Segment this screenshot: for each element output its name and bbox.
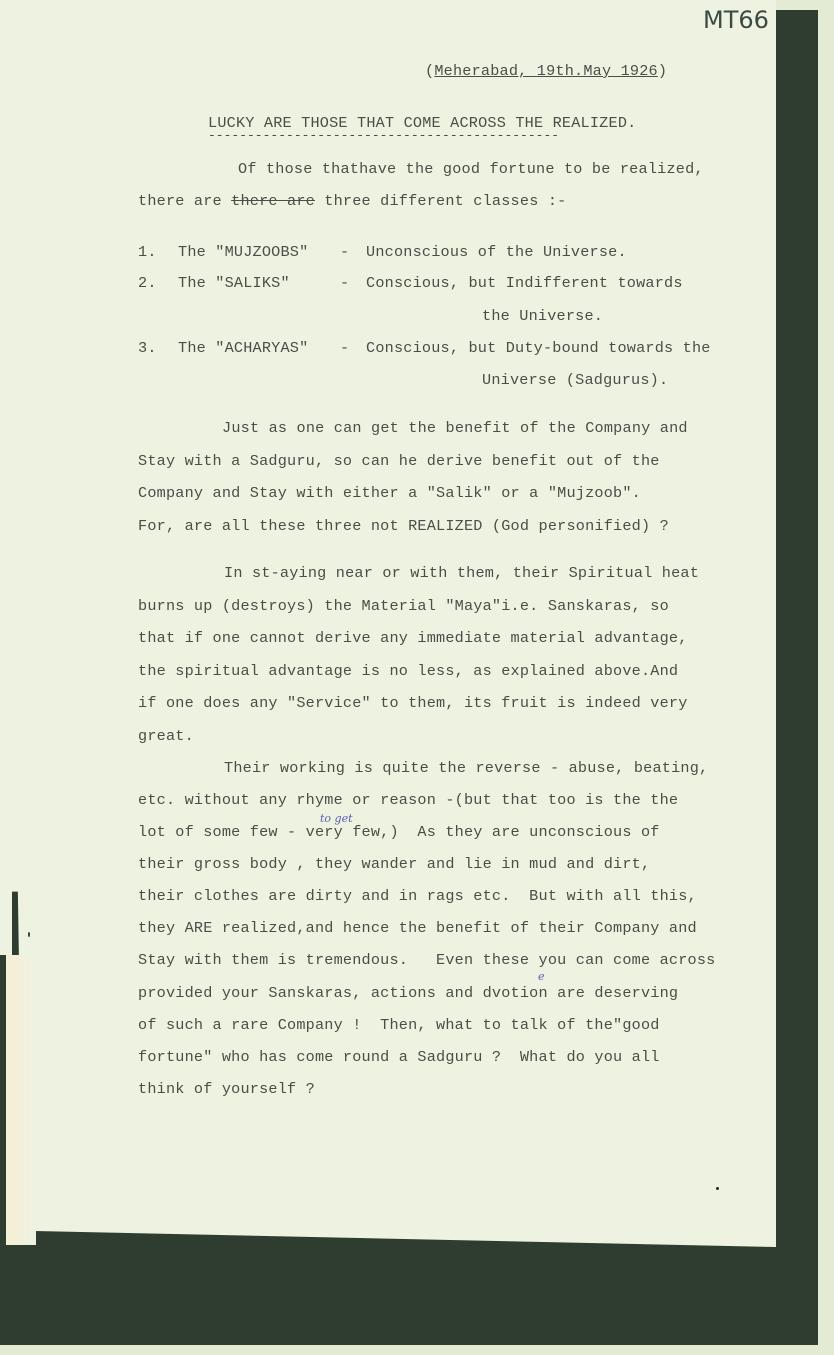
dateline-open-paren: ( [425,62,434,80]
intro-text-end: three different classes :- [315,192,566,210]
class-sep-2: - [340,274,349,292]
class-name-1: The "MUJZOOBS" [178,243,308,261]
intro-line-1: Of those thathave the good fortune to be… [238,160,704,178]
class-name-2: The "SALIKS" [178,274,290,292]
ink-speck [716,1187,719,1190]
class-num-3: 3. [138,339,157,357]
dateline: (Meherabad, 19th.May 1926) [425,62,667,80]
p2-line-5: if one does any "Service" to them, its f… [138,694,688,712]
dateline-place-date: Meherabad, 19th.May 1926 [434,62,658,80]
archive-mark: MT66 [703,6,769,34]
class-name-3: The "ACHARYAS" [178,339,308,357]
class-sep-1: - [340,243,349,261]
title-rule: ----------------------------------------… [208,128,559,143]
handwritten-e-insert: e [538,970,545,983]
p1-line-1: Just as one can get the benefit of the C… [222,419,688,437]
ink-speck-left [28,932,30,937]
p3-line-3: lot of some few - very few,) As they are… [138,823,660,841]
struck-text: there are [231,192,315,210]
p3-line-4: their gross body , they wander and lie i… [138,855,650,873]
p3-line-8: provided your Sanskaras, actions and dvo… [138,984,678,1002]
p2-line-4: the spiritual advantage is no less, as e… [138,662,678,680]
class-desc-3: Conscious, but Duty-bound towards the [366,339,711,357]
p2-line-2: burns up (destroys) the Material "Maya"i… [138,597,669,615]
p3-line-5: their clothes are dirty and in rags etc.… [138,887,697,905]
p2-line-1: In st-aying near or with them, their Spi… [224,564,699,582]
p3-line-6: they ARE realized,and hence the benefit … [138,919,697,937]
class-desc-1: Unconscious of the Universe. [366,243,627,261]
class-desc-3-cont: Universe (Sadgurus). [482,371,668,389]
p3-line-9: of such a rare Company ! Then, what to t… [138,1016,660,1034]
p1-line-2: Stay with a Sadguru, so can he derive be… [138,452,660,470]
page-left-edge [0,0,12,955]
p1-line-3: Company and Stay with either a "Salik" o… [138,484,641,502]
class-desc-2: Conscious, but Indifferent towards [366,274,683,292]
dateline-close-paren: ) [658,62,667,80]
p1-line-4: For, are all these three not REALIZED (G… [138,517,669,535]
p3-line-1: Their working is quite the reverse - abu… [224,759,708,777]
class-desc-2-cont: the Universe. [482,307,603,325]
p3-line-2: etc. without any rhyme or reason -(but t… [138,791,678,809]
p3-line-10: fortune" who has come round a Sadguru ? … [138,1048,660,1066]
class-sep-3: - [340,339,349,357]
p2-line-3: that if one cannot derive any immediate … [138,629,688,647]
intro-line-2: there are there are three different clas… [138,192,566,210]
p3-line-7: Stay with them is tremendous. Even these… [138,951,715,969]
class-num-2: 2. [138,274,157,292]
class-num-1: 1. [138,243,157,261]
page-fold-shadow [6,955,36,1245]
p2-line-6: great. [138,727,194,745]
p3-line-11: think of yourself ? [138,1080,315,1098]
intro-text: there are [138,192,231,210]
